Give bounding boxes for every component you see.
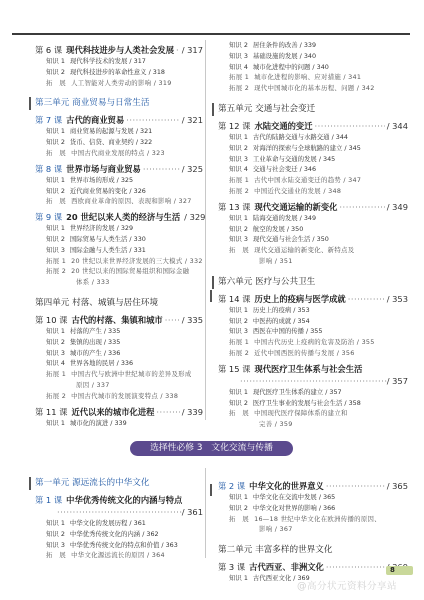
item-label: 拓 展 xyxy=(46,550,66,561)
leader-dots: ········································… xyxy=(348,293,385,305)
column-divider xyxy=(205,468,206,558)
item-label: 知识 1 xyxy=(46,418,65,429)
knowledge-item[interactable]: 知识 1世界市场的形成 / 325 xyxy=(35,175,203,186)
lesson-number: 第 2 课 xyxy=(218,480,245,492)
item-label: 知识 3 xyxy=(229,154,248,165)
item-label: 知识 3 xyxy=(46,540,65,551)
unit-heading: 第六单元 医疗与公共卫生 xyxy=(212,276,408,289)
lesson-number: 第 15 课 xyxy=(218,363,250,375)
item-text-continued: 影响 / 351 xyxy=(229,256,408,267)
item-text: 国际金融与人类生活 / 331 xyxy=(70,246,146,254)
item-text: 商业贸易的起源与发展 / 321 xyxy=(70,127,152,135)
extension-item[interactable]: 拓展 1中国古代历史上疫病的危害及防治 / 355 xyxy=(218,337,408,348)
lesson-page: / 317 xyxy=(182,44,203,56)
item-label: 知识 4 xyxy=(229,164,248,175)
item-label: 拓 展 xyxy=(229,245,249,256)
item-label: 知识 2 xyxy=(46,137,65,148)
extension-item[interactable]: 拓展 2中国古代城市的发展演变特点 / 338 xyxy=(35,391,203,402)
item-label: 拓 展 xyxy=(46,196,66,207)
item-text: 工业革命与交通的发展 / 345 xyxy=(253,155,335,163)
extension-item[interactable]: 拓展 1城市化进程的影响、应对措施 / 341 xyxy=(218,72,408,83)
lesson-page-row: ········································… xyxy=(35,506,203,518)
lesson-entry[interactable]: 第 7 课古代的商业贸易····························… xyxy=(35,114,203,126)
item-label: 知识 1 xyxy=(229,492,248,503)
item-text: 城市化进程中的问题 / 340 xyxy=(253,63,329,71)
lesson-page: / 325 xyxy=(182,163,203,175)
extension-item[interactable]: 拓展 1中国古代与欧洲中世纪城市的差异及形成原因 / 337 xyxy=(35,369,203,391)
item-text: 对海洋的探索与全球航路的建立 / 345 xyxy=(253,144,361,152)
volume-banner: 选择性必修 3 文化交流与传播 xyxy=(130,441,293,456)
item-label: 拓展 2 xyxy=(229,348,249,359)
lesson-title: 现代交通运输的新变化 xyxy=(254,201,337,213)
item-label: 拓展 2 xyxy=(229,186,249,197)
lesson-entry[interactable]: 第 8 课世界市场与商业贸易··························… xyxy=(35,163,203,175)
watermark-text: @高分状元资料分享站 xyxy=(297,578,397,592)
lesson-page-row: ········································… xyxy=(218,375,408,387)
item-text: 近代商业贸易的变化 / 326 xyxy=(70,187,146,195)
item-label: 知识 3 xyxy=(46,348,65,359)
lesson-entry[interactable]: 第 14 课历史上的疫病与医学成就·······················… xyxy=(218,293,408,305)
leader-dots: ········································… xyxy=(165,314,180,326)
item-text: 中华文化的发展历程 / 361 xyxy=(70,519,146,527)
item-text: 中华优秀传统文化的特点和价值 / 363 xyxy=(70,541,178,549)
knowledge-item[interactable]: 知识 1中华文化在交流中发展 / 365 xyxy=(218,492,408,503)
leader-dots: ········································… xyxy=(339,201,384,213)
knowledge-item[interactable]: 知识 2货币、信贷、商业契约 / 322 xyxy=(35,137,203,148)
item-text: 村落的产生 / 335 xyxy=(70,327,120,335)
lesson-entry[interactable]: 第 12 课水陆交通的变迁···························… xyxy=(218,120,408,132)
lesson-title: 中华文化的世界意义 xyxy=(249,480,324,492)
item-text: 中华文化对世界的影响 / 366 xyxy=(253,504,335,512)
knowledge-item[interactable]: 知识 1历史上的疫病 / 353 xyxy=(218,305,408,316)
leader-dots: ········································… xyxy=(240,375,387,387)
item-label: 知识 3 xyxy=(46,245,65,256)
item-label: 拓 展 xyxy=(46,148,66,159)
item-label: 知识 2 xyxy=(229,316,248,327)
item-label: 知识 2 xyxy=(229,503,248,514)
lesson-title: 20 世纪以来人类的经济与生活 xyxy=(66,211,180,223)
item-text: 城市的产生 / 336 xyxy=(70,349,120,357)
lesson-title: 古代的商业贸易 xyxy=(66,114,124,126)
item-text: 近代中国西医的传播与发展 / 356 xyxy=(254,349,355,357)
knowledge-item[interactable]: 知识 1中华文化的发展历程 / 361 xyxy=(35,518,203,529)
knowledge-item[interactable]: 知识 2集镇的出现 / 335 xyxy=(35,337,203,348)
item-label: 知识 3 xyxy=(229,51,248,62)
item-text: 城市化的演进 / 339 xyxy=(70,419,127,427)
lesson-page: / 335 xyxy=(182,314,203,326)
item-label: 拓 展 xyxy=(229,514,249,525)
lesson-title: 历史上的疫病与医学成就 xyxy=(254,293,345,305)
item-label: 知识 1 xyxy=(229,213,248,224)
lesson-page: / 321 xyxy=(182,114,203,126)
item-label: 知识 1 xyxy=(46,126,65,137)
extension-item[interactable]: 拓 展现代交通运输的新变化、新特点及影响 / 351 xyxy=(218,245,408,267)
item-text: 现代中国城市化的基本历程、问题 / 342 xyxy=(254,84,375,92)
lesson-number: 第 13 课 xyxy=(218,201,250,213)
item-text: 中华优秀传统文化的内涵 / 362 xyxy=(70,530,159,538)
item-label: 知识 2 xyxy=(229,143,248,154)
item-label: 知识 1 xyxy=(46,175,65,186)
extension-item[interactable]: 拓 展中国现代医疗保障体系的建立和完善 / 359 xyxy=(218,408,408,430)
item-label: 知识 2 xyxy=(229,398,248,409)
item-text: 居住条件的改善 / 339 xyxy=(253,41,316,49)
item-text: 中国现代医疗保障体系的建立和 xyxy=(254,409,348,417)
extension-item[interactable]: 拓展 220 世纪以来的国际贸易组织和国际金融体系 / 333 xyxy=(35,266,203,288)
item-label: 知识 1 xyxy=(46,223,65,234)
item-text: 现代科技进步的革命性意义 / 318 xyxy=(70,68,165,76)
unit-heading: 第二单元 丰富多样的世界文化 xyxy=(218,544,408,557)
lesson-entry[interactable]: 第 1 课中华优秀传统文化的内涵与特点 xyxy=(35,494,203,506)
item-text: 人工智能对人类劳动的影响 / 319 xyxy=(71,79,172,87)
item-text: 航空的发展 / 350 xyxy=(253,225,303,233)
unit-heading: 第四单元 村落、城镇与居住环境 xyxy=(35,297,203,310)
leader-dots: ········································… xyxy=(326,480,385,492)
leader-dots: ········································… xyxy=(326,561,385,573)
item-text: 世界市场的形成 / 325 xyxy=(70,176,133,184)
item-text: 货币、信贷、商业契约 / 322 xyxy=(70,138,152,146)
lesson-title: 世界市场与商业贸易 xyxy=(66,163,141,175)
item-text: 国际贸易与人类生活 / 330 xyxy=(70,235,146,243)
item-text: 中国古代商业发展的特点 / 323 xyxy=(71,149,165,157)
lesson-number: 第 14 课 xyxy=(218,293,250,305)
knowledge-item[interactable]: 知识 1商业贸易的起源与发展 / 321 xyxy=(35,126,203,137)
item-label: 知识 1 xyxy=(229,387,248,398)
lesson-page: / 329 xyxy=(184,211,205,223)
lesson-entry[interactable]: 第 3 课古代西亚、非洲文化··························… xyxy=(218,561,408,573)
column-divider xyxy=(205,40,206,420)
unit-heading: 第三单元 商业贸易与日常生活 xyxy=(29,97,203,110)
item-text: 现代交通运输的新变化、新特点及 xyxy=(254,246,354,254)
unit-heading: 第五单元 交通与社会变迁 xyxy=(212,103,408,116)
item-text: 古代中国水陆交通变迁的趋势 / 347 xyxy=(254,176,361,184)
leader-dots: ········································… xyxy=(315,120,385,132)
knowledge-item[interactable]: 知识 1城市化的演进 / 339 xyxy=(35,418,203,429)
knowledge-item[interactable]: 知识 3中华优秀传统文化的特点和价值 / 363 xyxy=(35,540,203,551)
toc-column-left-top: 第 6 课现代科技进步与人类社会发展······················… xyxy=(35,40,203,428)
item-text: 古代的陆路交通与水路交通 / 344 xyxy=(253,133,348,141)
knowledge-item[interactable]: 知识 4交通与社会变迁 / 346 xyxy=(218,164,408,175)
item-label: 知识 4 xyxy=(46,358,65,369)
lesson-page: / 349 xyxy=(387,201,408,213)
lesson-number: 第 6 课 xyxy=(35,44,62,56)
lesson-page: / 339 xyxy=(182,406,203,418)
knowledge-item[interactable]: 知识 1陆海交通的发展 / 349 xyxy=(218,213,408,224)
item-label: 知识 1 xyxy=(46,518,65,529)
leader-dots: ········································… xyxy=(156,406,179,418)
lesson-entry[interactable]: 第 11 课近代以来的城市化进程························… xyxy=(35,406,203,418)
lesson-number: 第 1 课 xyxy=(35,494,62,506)
item-text: 集镇的出现 / 335 xyxy=(70,338,120,346)
lesson-page: / 353 xyxy=(387,293,408,305)
knowledge-item[interactable]: 知识 1现代医疗卫生体系的建立 / 357 xyxy=(218,387,408,398)
knowledge-item[interactable]: 知识 2医疗卫生事业的发展与社会生活 / 358 xyxy=(218,398,408,409)
toc-column-left-bottom: 第一单元 源远流长的中华文化第 1 课中华优秀传统文化的内涵与特点·······… xyxy=(35,468,203,561)
item-text: 西医在中国的传播 / 355 xyxy=(253,327,323,335)
lesson-entry[interactable]: 第 9 课20 世纪以来人类的经济与生活····················… xyxy=(35,211,203,223)
extension-item[interactable]: 拓展 1古代中国水陆交通变迁的趋势 / 347 xyxy=(218,175,408,186)
item-label: 拓展 1 xyxy=(229,175,249,186)
knowledge-item[interactable]: 知识 2中华优秀传统文化的内涵 / 362 xyxy=(35,529,203,540)
item-label: 知识 1 xyxy=(229,132,248,143)
extension-item[interactable]: 拓 展西欧商业革命的原因、表现和影响 / 327 xyxy=(35,196,203,207)
item-label: 拓展 1 xyxy=(46,369,66,380)
knowledge-item[interactable]: 知识 2中医药的成就 / 354 xyxy=(218,316,408,327)
knowledge-item[interactable]: 知识 4城市化进程中的问题 / 340 xyxy=(218,62,408,73)
item-label: 知识 4 xyxy=(229,62,248,73)
item-label: 知识 2 xyxy=(46,337,65,348)
knowledge-item[interactable]: 知识 2国际贸易与人类生活 / 330 xyxy=(35,234,203,245)
item-text: 16—18 世纪中华文化在欧洲传播的原因、 xyxy=(254,515,381,523)
toc-column-right-top: 知识 2居住条件的改善 / 339知识 3基础设施的发展 / 340知识 4城市… xyxy=(218,40,408,430)
lesson-entry[interactable]: 第 13 课现代交通运输的新变化························… xyxy=(218,201,408,213)
lesson-entry[interactable]: 第 10 课古代的村落、集镇和城市·······················… xyxy=(35,314,203,326)
margin-mark xyxy=(210,484,212,496)
item-text: 西欧商业革命的原因、表现和影响 / 327 xyxy=(71,197,192,205)
lesson-title: 现代科技进步与人类社会发展 xyxy=(66,44,174,56)
item-text: 陆海交通的发展 / 349 xyxy=(253,214,316,222)
knowledge-item[interactable]: 知识 2现代科技进步的革命性意义 / 318 xyxy=(35,67,203,78)
item-label: 拓 展 xyxy=(46,78,66,89)
lesson-number: 第 10 课 xyxy=(35,314,67,326)
item-label: 知识 1 xyxy=(229,305,248,316)
item-text: 现代科学技术的发展 / 317 xyxy=(70,57,146,65)
extension-item[interactable]: 拓 展人工智能对人类劳动的影响 / 319 xyxy=(35,78,203,89)
item-text-continued: 影响 / 367 xyxy=(229,524,408,535)
unit-heading: 第一单元 源远流长的中华文化 xyxy=(29,477,203,490)
item-label: 拓 展 xyxy=(229,408,249,419)
knowledge-item[interactable]: 知识 3现代交通与社会生活 / 350 xyxy=(218,234,408,245)
extension-item[interactable]: 拓展 2中国近代交通业的发展 / 348 xyxy=(218,186,408,197)
knowledge-item[interactable]: 知识 2中华文化对世界的影响 / 366 xyxy=(218,503,408,514)
leader-dots: ········································… xyxy=(57,506,182,518)
item-text-continued: 完善 / 359 xyxy=(229,419,408,430)
knowledge-item[interactable]: 知识 3城市的产生 / 336 xyxy=(35,348,203,359)
item-text: 医疗卫生事业的发展与社会生活 / 358 xyxy=(253,399,361,407)
item-label: 知识 3 xyxy=(229,234,248,245)
item-text: 历史上的疫病 / 353 xyxy=(253,306,310,314)
lesson-page: / 344 xyxy=(387,120,408,132)
knowledge-item[interactable]: 知识 2航空的发展 / 350 xyxy=(218,224,408,235)
item-text: 中国古代城市的发展演变特点 / 338 xyxy=(71,392,178,400)
page-number-badge: 8 xyxy=(386,566,413,575)
item-label: 拓展 1 xyxy=(229,72,249,83)
item-text: 现代医疗卫生体系的建立 / 357 xyxy=(253,388,342,396)
item-label: 知识 2 xyxy=(46,529,65,540)
knowledge-item[interactable]: 知识 1村落的产生 / 335 xyxy=(35,326,203,337)
lesson-entry[interactable]: 第 6 课现代科技进步与人类社会发展······················… xyxy=(35,44,203,56)
knowledge-item[interactable]: 知识 4世界各地的民居 / 336 xyxy=(35,358,203,369)
item-label: 拓展 2 xyxy=(46,391,66,402)
extension-item[interactable]: 拓 展16—18 世纪中华文化在欧洲传播的原因、影响 / 367 xyxy=(218,514,408,536)
lesson-entry[interactable]: 第 15 课现代医疗卫生体系与社会生活 xyxy=(218,363,408,375)
lesson-page: / 361 xyxy=(182,506,203,518)
item-text: 20 世纪以来的国际贸易组织和国际金融 xyxy=(71,267,189,275)
item-label: 知识 1 xyxy=(46,326,65,337)
item-text: 现代交通与社会生活 / 350 xyxy=(253,235,329,243)
extension-item[interactable]: 拓展 2现代中国城市化的基本历程、问题 / 342 xyxy=(218,83,408,94)
leader-dots: ········································… xyxy=(176,44,180,56)
knowledge-item[interactable]: 知识 3基础设施的发展 / 340 xyxy=(218,51,408,62)
lesson-page: / 357 xyxy=(387,375,408,387)
toc-column-right-bottom: 第 2 课中华文化的世界意义··························… xyxy=(218,476,408,584)
knowledge-item[interactable]: 知识 2对海洋的探索与全球航路的建立 / 345 xyxy=(218,143,408,154)
lesson-number: 第 12 课 xyxy=(218,120,250,132)
item-label: 知识 2 xyxy=(46,234,65,245)
item-text: 中华文化源远流长的原因 / 364 xyxy=(71,551,165,559)
leader-dots: ········································… xyxy=(126,114,179,126)
lesson-title: 近代以来的城市化进程 xyxy=(71,406,154,418)
knowledge-item[interactable]: 知识 1现代科学技术的发展 / 317 xyxy=(35,56,203,67)
item-label: 知识 2 xyxy=(46,67,65,78)
lesson-number: 第 11 课 xyxy=(35,406,67,418)
item-label: 知识 2 xyxy=(229,40,248,51)
item-text: 世界经济的发展 / 329 xyxy=(70,224,133,232)
lesson-entry[interactable]: 第 2 课中华文化的世界意义··························… xyxy=(218,480,408,492)
top-rule xyxy=(12,33,410,35)
lesson-title: 古代西亚、非洲文化 xyxy=(249,561,324,573)
item-label: 拓展 1 xyxy=(229,337,249,348)
lesson-title: 古代的村落、集镇和城市 xyxy=(71,314,162,326)
lesson-number: 第 3 课 xyxy=(218,561,245,573)
item-text-continued: 原因 / 337 xyxy=(46,380,203,391)
extension-item[interactable]: 拓 展中国古代商业发展的特点 / 323 xyxy=(35,148,203,159)
lesson-title: 现代医疗卫生体系与社会生活 xyxy=(254,363,362,375)
margin-mark xyxy=(210,290,212,302)
lesson-title: 水陆交通的变迁 xyxy=(254,120,312,132)
item-label: 拓展 1 xyxy=(46,256,66,267)
knowledge-item[interactable]: 知识 1世界经济的发展 / 329 xyxy=(35,223,203,234)
lesson-number: 第 7 课 xyxy=(35,114,62,126)
item-label: 拓展 2 xyxy=(46,266,66,277)
item-text: 交通与社会变迁 / 346 xyxy=(253,165,316,173)
item-text: 中华文化在交流中发展 / 365 xyxy=(253,493,335,501)
item-text: 中国近代交通业的发展 / 348 xyxy=(254,187,341,195)
item-text: 城市化进程的影响、应对措施 / 341 xyxy=(254,73,361,81)
item-label: 知识 2 xyxy=(46,186,65,197)
item-label: 知识 2 xyxy=(229,224,248,235)
item-text: 世界各地的民居 / 336 xyxy=(70,359,133,367)
item-text: 中国古代历史上疫病的危害及防治 / 355 xyxy=(254,338,375,346)
item-text: 基础设施的发展 / 340 xyxy=(253,52,316,60)
item-label: 知识 1 xyxy=(229,573,248,584)
extension-item[interactable]: 拓 展中华文化源远流长的原因 / 364 xyxy=(35,550,203,561)
lesson-page: / 365 xyxy=(387,480,408,492)
lesson-number: 第 9 课 xyxy=(35,211,62,223)
item-label: 拓展 2 xyxy=(229,83,249,94)
lesson-number: 第 8 课 xyxy=(35,163,62,175)
item-text-continued: 体系 / 333 xyxy=(46,277,203,288)
knowledge-item[interactable]: 知识 1古代的陆路交通与水路交通 / 344 xyxy=(218,132,408,143)
extension-item[interactable]: 拓展 120 世纪以来世界经济发展的三大模式 / 332 xyxy=(35,256,203,267)
knowledge-item[interactable]: 知识 3西医在中国的传播 / 355 xyxy=(218,326,408,337)
item-text: 中国古代与欧洲中世纪城市的差异及形成 xyxy=(71,370,191,378)
item-text: 中医药的成就 / 354 xyxy=(253,317,310,325)
item-label: 知识 1 xyxy=(46,56,65,67)
lesson-title: 中华优秀传统文化的内涵与特点 xyxy=(66,494,182,506)
knowledge-item[interactable]: 知识 2居住条件的改善 / 339 xyxy=(218,40,408,51)
extension-item[interactable]: 拓展 2近代中国西医的传播与发展 / 356 xyxy=(218,348,408,359)
knowledge-item[interactable]: 知识 3工业革命与交通的发展 / 345 xyxy=(218,154,408,165)
item-text: 20 世纪以来世界经济发展的三大模式 / 332 xyxy=(71,257,203,265)
item-label: 知识 3 xyxy=(229,326,248,337)
knowledge-item[interactable]: 知识 2近代商业贸易的变化 / 326 xyxy=(35,186,203,197)
leader-dots: ········································… xyxy=(143,163,180,175)
knowledge-item[interactable]: 知识 3国际金融与人类生活 / 331 xyxy=(35,245,203,256)
